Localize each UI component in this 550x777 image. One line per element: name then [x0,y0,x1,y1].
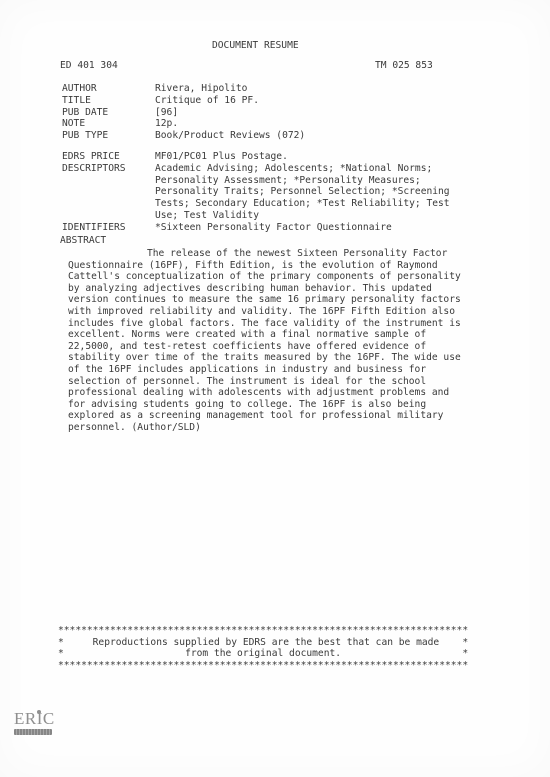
eric-logo-dot-icon [37,710,41,714]
reproduction-notice-line-2: * from the original document. * [58,648,468,660]
asterisk-border-bottom: ****************************************… [58,660,468,672]
abstract-heading: ABSTRACT [60,235,106,247]
eric-logo-bar [14,729,52,735]
abstract-text: The release of the newest Sixteen Person… [68,248,469,434]
field-row-identifiers: IDENTIFIERS *Sixteen Personality Factor … [62,222,455,234]
asterisk-border-top: ****************************************… [58,625,468,637]
field-label: PUB DATE [62,107,155,119]
field-row-pub-type: PUB TYPE Book/Product Reviews (072) [62,130,455,142]
field-value: [96] [155,107,455,119]
field-value: Academic Advising; Adolescents; *Nationa… [155,163,455,222]
field-row-descriptors: DESCRIPTORS Academic Advising; Adolescen… [62,163,455,222]
edrs-reproduction-notice: ****************************************… [58,625,468,672]
field-row-note: NOTE 12p. [62,118,455,130]
field-row-author: AUTHOR Rivera, Hipolito [62,83,455,95]
scanned-document-page: DOCUMENT RESUME ED 401 304 TM 025 853 AU… [0,0,550,777]
reproduction-notice-line-1: * Reproductions supplied by EDRS are the… [58,637,468,649]
field-value: Rivera, Hipolito [155,83,455,95]
field-value: *Sixteen Personality Factor Questionnair… [155,222,455,234]
field-value: 12p. [155,118,455,130]
field-value: Critique of 16 PF. [155,95,455,107]
document-resume-title: DOCUMENT RESUME [212,40,299,52]
field-label: NOTE [62,118,155,130]
field-value: Book/Product Reviews (072) [155,130,455,142]
indexing-fields: EDRS PRICE MF01/PC01 Plus Postage. DESCR… [62,151,455,233]
tm-number: TM 025 853 [375,60,433,72]
ed-number: ED 401 304 [60,60,118,72]
field-value: MF01/PC01 Plus Postage. [155,151,455,163]
field-row-pub-date: PUB DATE [96] [62,107,455,119]
field-label: TITLE [62,95,155,107]
field-label: AUTHOR [62,83,155,95]
field-row-edrs-price: EDRS PRICE MF01/PC01 Plus Postage. [62,151,455,163]
field-label: DESCRIPTORS [62,163,155,175]
eric-logo-text: ERIC [14,710,58,727]
eric-logo: ERIC [14,710,58,738]
field-label: EDRS PRICE [62,151,155,163]
field-label: PUB TYPE [62,130,155,142]
field-label: IDENTIFIERS [62,222,155,234]
accession-number-row: ED 401 304 TM 025 853 [0,60,550,72]
bibliographic-fields: AUTHOR Rivera, Hipolito TITLE Critique o… [62,83,455,142]
field-row-title: TITLE Critique of 16 PF. [62,95,455,107]
